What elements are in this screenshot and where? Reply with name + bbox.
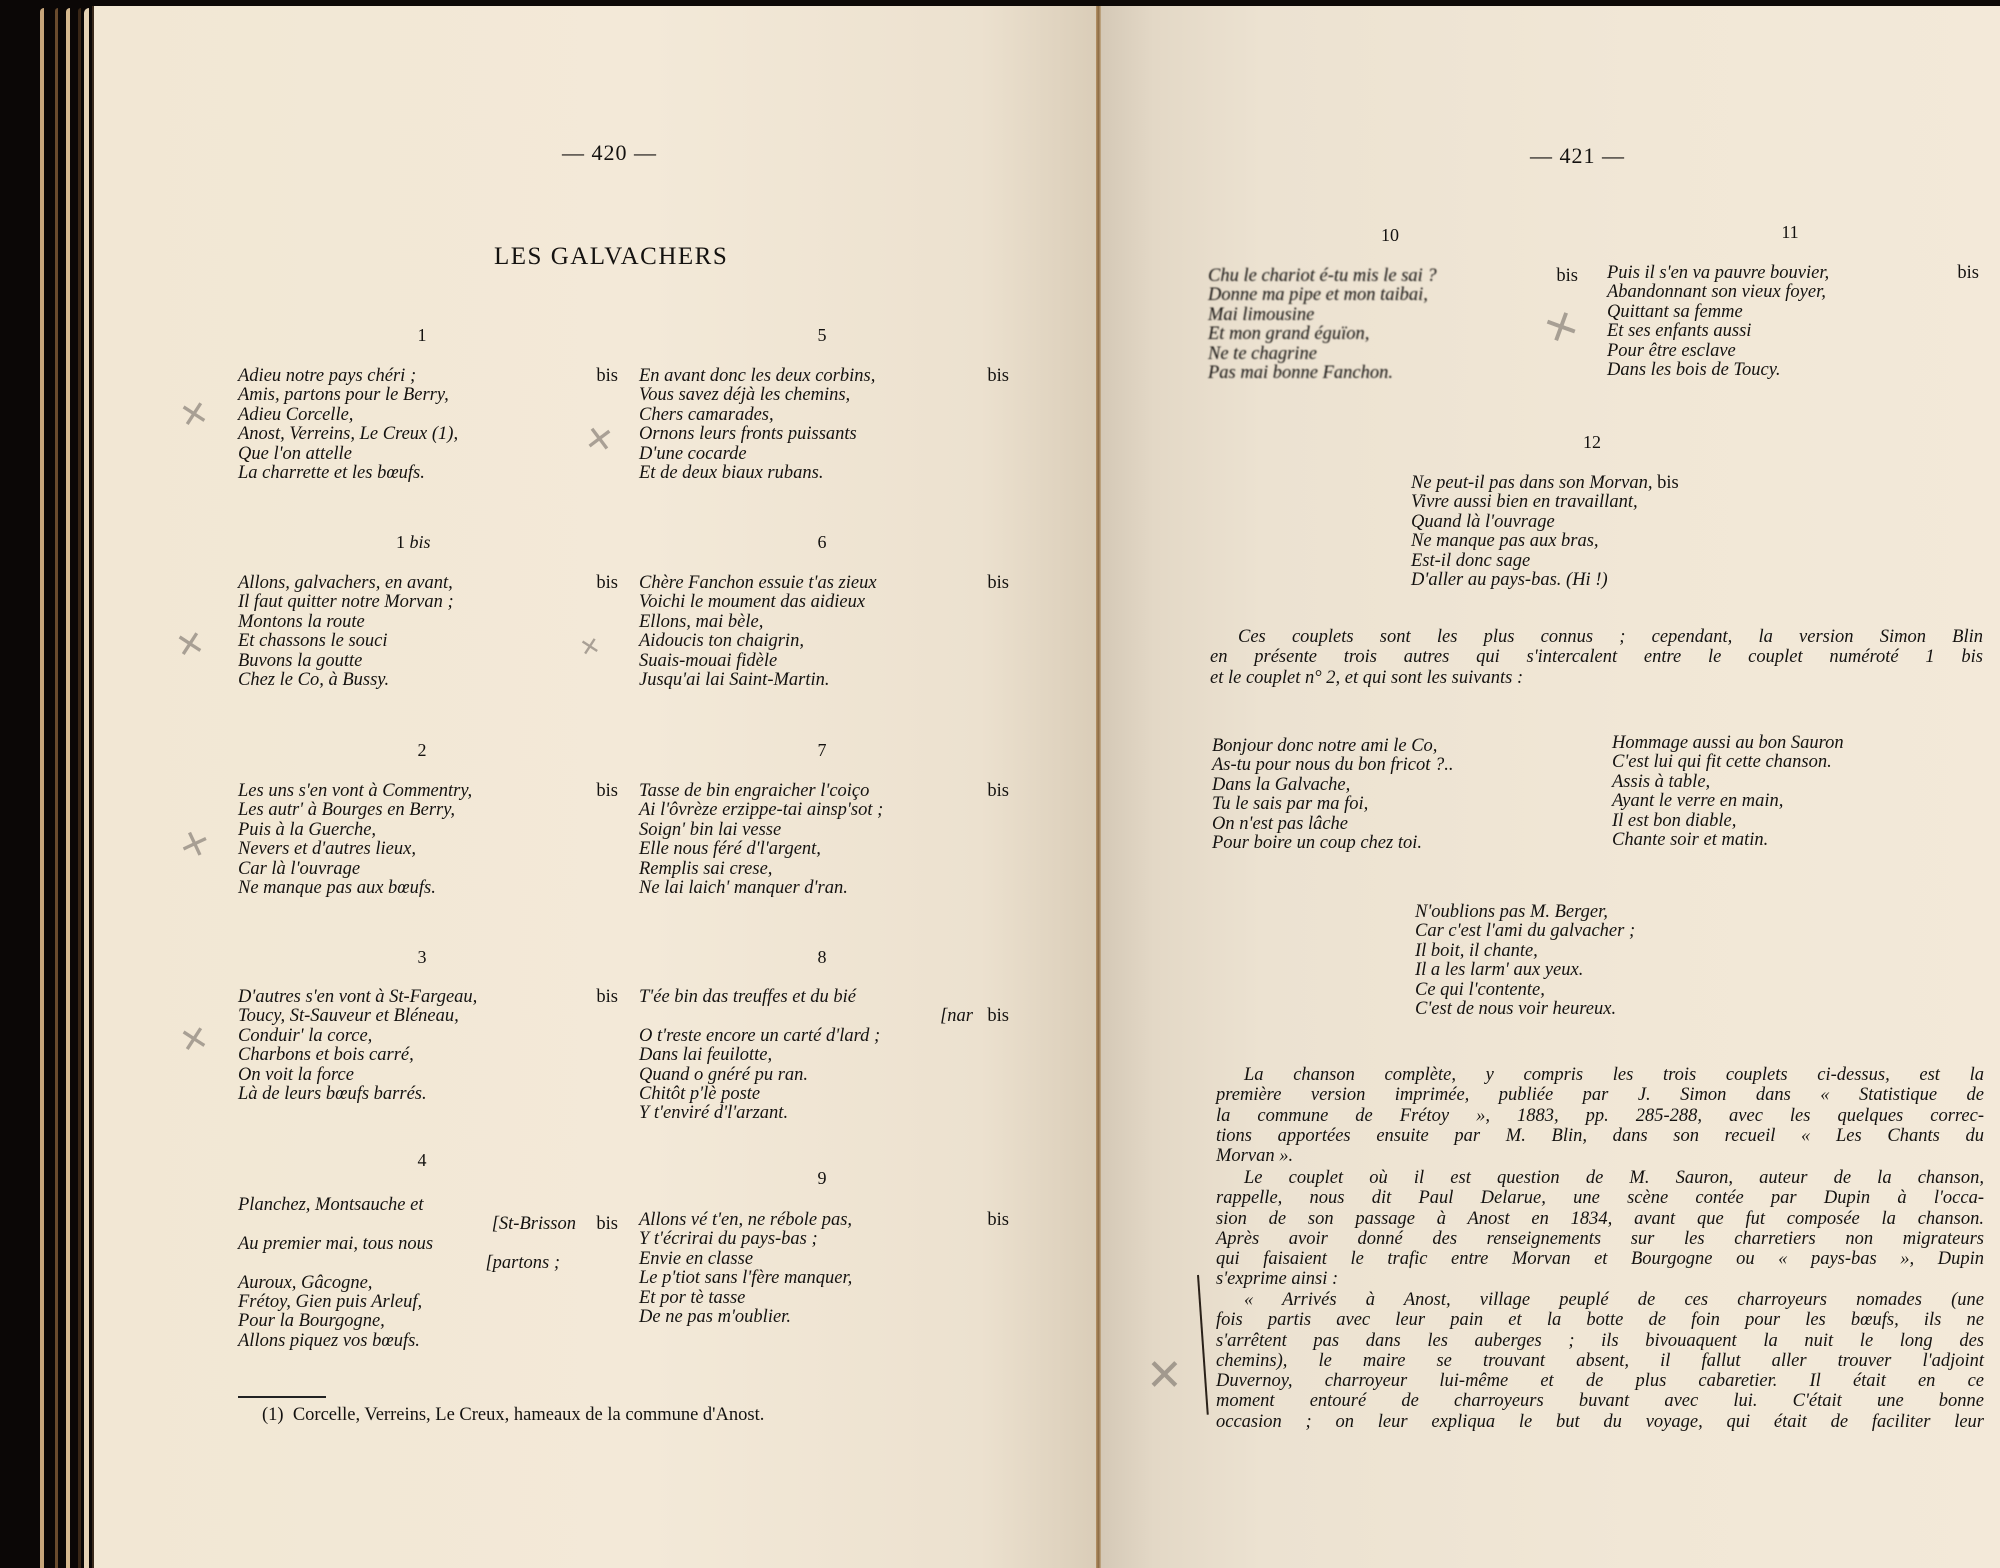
verse-line: Ayant le verre en main,	[1612, 792, 1992, 811]
extra-stanza-co: Bonjour donc notre ami le Co, As-tu pour…	[1212, 737, 1592, 853]
verse-line: Au premier mai, tous nous	[238, 1235, 618, 1254]
verse-text: Chu le chariot é-tu mis le sai ?	[1208, 267, 1437, 286]
verse-line: Est-il donc sage	[1411, 552, 1781, 571]
verse-line: Soign' bin lai vesse	[639, 821, 1009, 840]
verse-line: Frétoy, Gien puis Arleuf,	[238, 1293, 618, 1312]
stanza-number: 7	[802, 740, 842, 761]
verse-line: Ornons leurs fronts puissants	[639, 425, 1009, 444]
verse-line: D'autres s'en vont à St-Fargeau,	[238, 988, 618, 1007]
verse-line: Pas mai bonne Fanchon.	[1208, 364, 1578, 383]
verse-line: N'oublions pas M. Berger,	[1415, 903, 1795, 922]
bis-marker: bis	[596, 988, 618, 1007]
verse-line: Pour boire un coup chez toi.	[1212, 834, 1592, 853]
verse-line: Chez le Co, à Bussy.	[238, 671, 618, 690]
bis-marker: bis	[987, 1007, 1009, 1026]
verse-line: Il faut quitter notre Morvan ;	[238, 593, 618, 612]
verse-line: Chère Fanchon essuie t'as zieux	[639, 574, 1009, 593]
verse-line: Abandonnant son vieux foyer,	[1607, 283, 1979, 302]
verse-line: Ellons, mai bèle,	[639, 613, 1009, 632]
verse-line: Et chassons le souci	[238, 632, 618, 651]
verse-line: On voit la force	[238, 1066, 618, 1085]
verse-line: Et mon grand éguïon,	[1208, 325, 1578, 344]
paragraph-line: La chanson complète, y compris les trois…	[1216, 1065, 1984, 1085]
footnote-rule	[238, 1396, 326, 1398]
intro-paragraph: Ces couplets sont les plus connus ; cepe…	[1210, 627, 1983, 688]
paragraph-line: Le couplet où il est question de M. Saur…	[1216, 1168, 1984, 1188]
verse-line: Buvons la goutte	[238, 652, 618, 671]
paragraph-publication: La chanson complète, y compris les trois…	[1216, 1065, 1984, 1166]
bis-marker: bis	[987, 1211, 1009, 1230]
bis-marker: bis	[1657, 473, 1679, 493]
paragraph-line: en présente trois autres qui s'intercale…	[1210, 647, 1983, 667]
stanza-10: Chu le chariot é-tu mis le sai ? Donne m…	[1208, 267, 1578, 383]
verse-line: Ne manque pas aux bras,	[1411, 532, 1781, 551]
verse-line: Le p'tiot sans l'fère manquer,	[639, 1269, 1009, 1288]
quote-line: Duvernoy, charroyeur lui-même et de plus…	[1216, 1371, 1984, 1391]
bis-marker: bis	[987, 782, 1009, 801]
verse-line: Suais-mouai fidèle	[639, 652, 1009, 671]
verse-line: Ne peut-il pas dans son Morvan, bis	[1411, 474, 1781, 493]
stanza-number: 9	[802, 1168, 842, 1189]
bis-marker: bis	[596, 1215, 618, 1234]
verse-line: Vous savez déjà les chemins,	[639, 386, 1009, 405]
verse-line: Chers camarades,	[639, 406, 1009, 425]
x-mark-icon: ✕	[582, 418, 616, 462]
book-spine	[1096, 6, 1101, 1568]
verse-line: Les uns s'en vont à Commentry,	[238, 782, 618, 801]
footnote: (1) Corcelle, Verreins, Le Creux, hameau…	[262, 1405, 764, 1426]
verse-line: Ne lai laich' manquer d'ran.	[639, 879, 1009, 898]
stanza-5: En avant donc les deux corbins, Vous sav…	[639, 367, 1009, 483]
bis-marker: bis	[1556, 267, 1578, 286]
quote-line: chemins), le maire se trouvant absent, i…	[1216, 1351, 1984, 1371]
verse-line: Quand là l'ouvrage	[1411, 513, 1781, 532]
paragraph-line: rappelle, nous dit Paul Delarue, une scè…	[1216, 1188, 1984, 1208]
paragraph-line: Morvan ».	[1216, 1146, 1984, 1166]
bis-marker: bis	[987, 574, 1009, 593]
stanza-12: Ne peut-il pas dans son Morvan, bis Vivr…	[1411, 474, 1781, 590]
verse-line: Adieu notre pays chéri ;	[238, 367, 618, 386]
stanza-number: 6	[802, 532, 842, 553]
quote-line: occasion ; on leur expliqua le but du vo…	[1216, 1412, 1984, 1432]
verse-line: Mai limousine	[1208, 306, 1578, 325]
verse-line: Dans la Galvache,	[1212, 776, 1592, 795]
paragraph-line: Ces couplets sont les plus connus ; cepe…	[1210, 627, 1983, 647]
verse-line: Anost, Verreins, Le Creux (1),	[238, 425, 618, 444]
verse-line: Tu le sais par ma foi,	[1212, 795, 1592, 814]
verse-line: Chitôt p'lè poste	[639, 1085, 1009, 1104]
verse-line: Remplis sai crese,	[639, 860, 1009, 879]
verse-line: De ne pas m'oublier.	[639, 1308, 1009, 1327]
verse-line: Vivre aussi bien en travaillant,	[1411, 493, 1781, 512]
paragraph-sauron-scene: Le couplet où il est question de M. Saur…	[1216, 1168, 1984, 1290]
verse-line: T'ée bin das treuffes et du bié	[639, 988, 1009, 1007]
verse-line: Dans les bois de Toucy.	[1607, 361, 1979, 380]
verse-line: Assis à table,	[1612, 773, 1992, 792]
bis-marker: bis	[596, 367, 618, 386]
verse-line: C'est de nous voir heureux.	[1415, 1000, 1795, 1019]
verse-line: Il est bon diable,	[1612, 812, 1992, 831]
dupin-quote: « Arrivés à Anost, village peuplé de ces…	[1216, 1290, 1984, 1432]
verse-line: Il a les larm' aux yeux.	[1415, 961, 1795, 980]
verse-line: Puis à la Guerche,	[238, 821, 618, 840]
verse-line: Allons vé t'en, ne rébole pas,	[639, 1211, 1009, 1230]
verse-line: Planchez, Montsauche et	[238, 1196, 618, 1215]
verse-line: Les autr' à Bourges en Berry,	[238, 801, 618, 820]
paragraph-line: Après avoir donné des renseignements sur…	[1216, 1229, 1984, 1249]
verse-line: Ne manque pas aux bœufs.	[238, 879, 618, 898]
stanza-number-digit: 1	[396, 532, 405, 552]
verse-line: Quand o gnéré pu ran.	[639, 1066, 1009, 1085]
quote-line: s'arrêtent pas dans les auberges ; ils b…	[1216, 1331, 1984, 1351]
verse-line: D'une cocarde	[639, 445, 1009, 464]
paragraph-line: et le couplet n° 2, et qui sont les suiv…	[1210, 668, 1983, 688]
verse-line: Y t'écrirai du pays-bas ;	[639, 1230, 1009, 1249]
verse-line: Chu le chariot é-tu mis le sai ?	[1208, 267, 1578, 286]
stanza-number: 11	[1770, 222, 1810, 243]
verse-line: Montons la route	[238, 613, 618, 632]
stanza-4: Planchez, Montsauche et [St-Brisson Au p…	[238, 1196, 618, 1351]
stanza-number: 1	[402, 325, 442, 346]
verse-line: En avant donc les deux corbins,	[639, 367, 1009, 386]
verse-line: On n'est pas lâche	[1212, 815, 1592, 834]
verse-line: Puis il s'en va pauvre bouvier,	[1607, 264, 1979, 283]
verse-line: Chante soir et matin.	[1612, 831, 1992, 850]
verse-line: Adieu Corcelle,	[238, 406, 618, 425]
verse-line: Là de leurs bœufs barrés.	[238, 1085, 618, 1104]
x-mark-icon: ✕	[1146, 1350, 1183, 1401]
verse-line: Charbons et bois carré,	[238, 1046, 618, 1065]
page-edge	[40, 8, 44, 1568]
stanza-1-bis: Allons, galvachers, en avant, Il faut qu…	[238, 574, 618, 690]
verse-line: Pour être esclave	[1607, 342, 1979, 361]
verse-line: Toucy, St-Sauveur et Bléneau,	[238, 1007, 618, 1026]
stanza-7: Tasse de bin engraicher l'coiço Ai l'ôvr…	[639, 782, 1009, 898]
verse-line: O t'reste encore un carté d'lard ;	[639, 1027, 1009, 1046]
verse-line: Auroux, Gâcogne,	[238, 1274, 618, 1293]
stanza-6: Chère Fanchon essuie t'as zieux Voichi l…	[639, 574, 1009, 690]
stanza-number: 8	[802, 947, 842, 968]
stanza-number: 5	[802, 325, 842, 346]
verse-line: Voichi le moument das aidieux	[639, 593, 1009, 612]
paragraph-line: sion de son passage à Anost en 1834, ava…	[1216, 1209, 1984, 1229]
stanza-2: Les uns s'en vont à Commentry, Les autr'…	[238, 782, 618, 898]
page-title: LES GALVACHERS	[494, 243, 728, 271]
verse-line: Car là l'ouvrage	[238, 860, 618, 879]
stanza-number: 10	[1370, 225, 1410, 246]
verse-line: D'aller au pays-bas. (Hi !)	[1411, 571, 1781, 590]
verse-line: Allons piquez vos bœufs.	[238, 1332, 618, 1351]
extra-stanza-sauron: Hommage aussi au bon Sauron C'est lui qu…	[1612, 734, 1992, 850]
bis-marker: bis	[596, 574, 618, 593]
page-edge	[55, 8, 58, 1568]
verse-line: Hommage aussi au bon Sauron	[1612, 734, 1992, 753]
stanza-number: 3	[402, 947, 442, 968]
paragraph-line: tions apportées ensuite par M. Blin, dan…	[1216, 1126, 1984, 1146]
stanza-number-suffix: bis	[410, 532, 431, 552]
verse-line: Car c'est l'ami du galvacher ;	[1415, 922, 1795, 941]
stanza-number: 1 bis	[396, 532, 431, 553]
verse-line: Dans lai feuilotte,	[639, 1046, 1009, 1065]
stanza-number: 2	[402, 740, 442, 761]
verse-line: Ne te chagrine	[1208, 345, 1578, 364]
verse-line: Que l'on attelle	[238, 445, 618, 464]
verse-line: Donne ma pipe et mon taibai,	[1208, 286, 1578, 305]
paragraph-line: première version imprimée, publiée par J…	[1216, 1085, 1984, 1105]
quote-line: moment entouré de charroyeurs buvant ave…	[1216, 1391, 1984, 1411]
stanza-number: 4	[402, 1150, 442, 1171]
extra-stanza-berger: N'oublions pas M. Berger, Car c'est l'am…	[1415, 903, 1795, 1019]
page-edge	[84, 8, 89, 1568]
verse-line: Et por tè tasse	[639, 1289, 1009, 1308]
stanza-number: 12	[1572, 432, 1612, 453]
verse-line: Bonjour donc notre ami le Co,	[1212, 737, 1592, 756]
verse-line: Envie en classe	[639, 1250, 1009, 1269]
quote-line: fois partis avec leur pain et la botte d…	[1216, 1310, 1984, 1330]
verse-line: Aidoucis ton chaigrin,	[639, 632, 1009, 651]
page-number-420: — 420 —	[562, 140, 657, 166]
verse-line: Et ses enfants aussi	[1607, 322, 1979, 341]
verse-line: Et de deux biaux rubans.	[639, 464, 1009, 483]
page-number-421: — 421 —	[1530, 143, 1625, 169]
stanza-8: T'ée bin das treuffes et du bié [nar O t…	[639, 988, 1009, 1124]
page-edge	[66, 8, 70, 1568]
verse-line: La charrette et les bœufs.	[238, 464, 618, 483]
verse-line: Pour la Bourgogne,	[238, 1312, 618, 1331]
verse-line: Conduir' la corce,	[238, 1027, 618, 1046]
quote-line: « Arrivés à Anost, village peuplé de ces…	[1216, 1290, 1984, 1310]
stanza-9: Allons vé t'en, ne rébole pas, Y t'écrir…	[639, 1211, 1009, 1327]
verse-line-continuation: [nar	[639, 1007, 1009, 1026]
verse-line: C'est lui qui fit cette chanson.	[1612, 753, 1992, 772]
verse-line: Jusqu'ai lai Saint-Martin.	[639, 671, 1009, 690]
verse-line: Allons, galvachers, en avant,	[238, 574, 618, 593]
verse-line: Elle nous féré d'l'argent,	[639, 840, 1009, 859]
page-edge	[78, 8, 81, 1568]
verse-line-continuation: [partons ;	[238, 1254, 618, 1273]
paragraph-line: s'exprime ainsi :	[1216, 1269, 1984, 1289]
stanza-3: D'autres s'en vont à St-Fargeau, Toucy, …	[238, 988, 618, 1104]
paragraph-line: qui faisaient le trafic entre Morvan et …	[1216, 1249, 1984, 1269]
stanza-11: Puis il s'en va pauvre bouvier, Abandonn…	[1607, 264, 1979, 380]
book-page-edges	[0, 0, 100, 1568]
verse-line: Nevers et d'autres lieux,	[238, 840, 618, 859]
verse-line: Il boit, il chante,	[1415, 942, 1795, 961]
verse-line: Amis, partons pour le Berry,	[238, 386, 618, 405]
bis-marker: bis	[1957, 264, 1979, 283]
verse-line: As-tu pour nous du bon fricot ?..	[1212, 756, 1592, 775]
bis-marker: bis	[987, 367, 1009, 386]
verse-line: Quittant sa femme	[1607, 303, 1979, 322]
verse-line: Tasse de bin engraicher l'coiço	[639, 782, 1009, 801]
paragraph-line: la commune de Frétoy », 1883, pp. 285-28…	[1216, 1106, 1984, 1126]
stanza-1: Adieu notre pays chéri ; Amis, partons p…	[238, 367, 618, 483]
verse-line: Y t'enviré d'l'arzant.	[639, 1104, 1009, 1123]
verse-line: Ce qui l'contente,	[1415, 981, 1795, 1000]
verse-text: Ne peut-il pas dans son Morvan,	[1411, 473, 1653, 493]
verse-line-continuation: [St-Brisson	[238, 1215, 618, 1234]
verse-line: Ai l'ôvrèze erzippe-tai ainsp'sot ;	[639, 801, 1009, 820]
bis-marker: bis	[596, 782, 618, 801]
